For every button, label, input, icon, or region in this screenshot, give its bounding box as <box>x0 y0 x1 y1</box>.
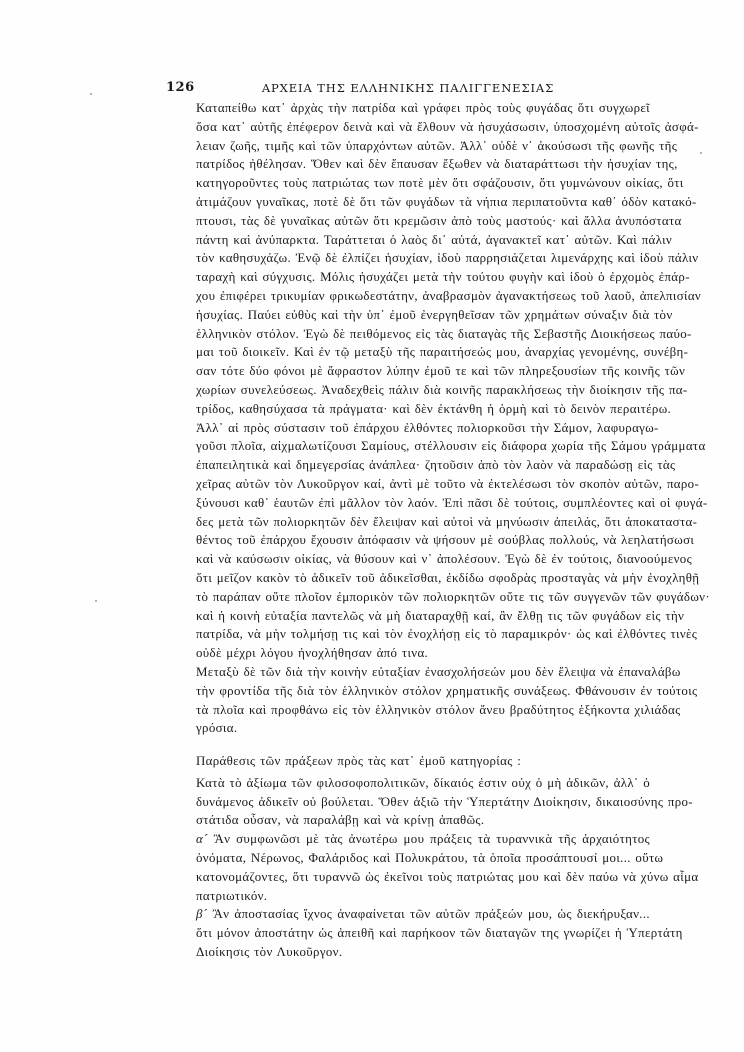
text-line: ὅτι μεῖζον κακὸν τὸ ἀδικεῖν τοῦ ἀδικεῖσθ… <box>166 569 650 588</box>
text-line: χεῖρας αὐτῶν τὸν Λυκοῦργον καί, ἀντὶ μὲ … <box>166 475 650 494</box>
enumerated-paragraph-b: β´ Ἂν ἀποστασίας ἴχνος ἀναφαίνεται τῶν α… <box>166 905 650 961</box>
text-line: ἑλληνικὸν στόλον. Ἐγὼ δὲ πειθόμενος εἰς … <box>166 325 650 344</box>
text-line: πατρίδα, νὰ μὴν τολμήσῃ τις καὶ τὸν ἐνοχ… <box>166 625 650 644</box>
text-line: καὶ νὰ καύσωσιν οἰκίας, νὰ θύσουν καὶ ν᾽… <box>166 550 650 569</box>
scan-speck <box>700 152 702 154</box>
text-line: α´ Ἂν συμφωνῶσι μὲ τὰς ἀνωτέρω μου πράξε… <box>166 830 650 849</box>
paragraph: Μεταξὺ δὲ τῶν διὰ τὴν κοινὴν εὐταξίαν ἐν… <box>166 663 650 738</box>
text-line: ταραχὴ καὶ σύγχυσις. Μόλις ἡσυχάζει μετὰ… <box>166 268 650 287</box>
text-line: δες μετὰ τῶν πολιορκητῶν δὲν ἔλειψαν καὶ… <box>166 513 650 532</box>
text-line: δυνάμενος ἀδικεῖν οὐ βούλεται. Ὅθεν ἀξιῶ… <box>166 793 650 812</box>
text-line: ξύνουσι καθ᾽ ἑαυτῶν ἐπὶ μᾶλλον τὸν λαόν.… <box>166 494 650 513</box>
text-line: ἀτιμάζουν γυναῖκας, ποτὲ δὲ ὅτι τῶν φυγά… <box>166 193 650 212</box>
text-line: χου ἐπιφέρει τρικυμίαν φρικωδεστάτην, ἀν… <box>166 287 650 306</box>
text-line: τρίδος, καθησύχασα τὰ πράγματα· καὶ δὲν … <box>166 400 650 419</box>
text-line: τὰ πλοῖα καὶ προφθάνω εἰς τὸν ἑλληνικὸν … <box>166 701 650 720</box>
text-line: γοῦσι πλοῖα, αἰχμαλωτίζουσι Σαμίους, στέ… <box>166 437 650 456</box>
text-fragment: Ἂν συμφωνῶσι μὲ τὰς ἀνωτέρω μου πράξεις … <box>214 832 650 846</box>
text-line: οὐδὲ μέχρι λόγου ἠνοχλήθησαν ἀπό τινα. <box>166 644 650 663</box>
section-heading-text: Παράθεσις τῶν πράξεων πρὸς τὰς κατ᾽ ἐμοῦ… <box>166 752 650 771</box>
text-line: Διοίκησις τὸν Λυκοῦργον. <box>166 943 650 962</box>
text-line: κατηγοροῦντες τοὺς πατριώτας των ποτὲ μὲ… <box>166 174 650 193</box>
text-fragment: Ἂν ἀποστασίας ἴχνος ἀναφαίνεται τῶν αὐτῶ… <box>213 907 650 921</box>
paragraph: Ἀλλ᾽ αἱ πρὸς σύστασιν τοῦ ἐπάρχου ἐλθόντ… <box>166 419 650 663</box>
text-line: ὀνόματα, Νέρωνος, Φαλάριδος καὶ Πολυκράτ… <box>166 849 650 868</box>
text-line: στάτιδα οὖσαν, νὰ παραλάβῃ καὶ νὰ κρίνῃ … <box>166 811 650 830</box>
paragraph: Καταπείθω κατ᾽ ἀρχὰς τὴν πατρίδα καὶ γρά… <box>166 99 650 419</box>
text-line: πτουσι, τὰς δὲ γυναῖκας αὐτῶν ὅτι κρεμῶσ… <box>166 212 650 231</box>
text-line: τὸν καθησυχάζω. Ἐνῷ δὲ ἐλπίζει ἡσυχίαν, … <box>166 249 650 268</box>
enumerated-paragraph-a: α´ Ἂν συμφωνῶσι μὲ τὰς ἀνωτέρω μου πράξε… <box>166 830 650 905</box>
paragraph: Κατὰ τὸ ἀξίωμα τῶν φιλοσοφοπολιτικῶν, δί… <box>166 774 650 830</box>
text-line: ἐπαπειλητικὰ καὶ δημεγερσίας ἀνάπλεα· ζη… <box>166 456 650 475</box>
text-line: ὅτι μόνον ἀποστάτην ὡς ἀπειθῆ καὶ παρήκο… <box>166 924 650 943</box>
text-line: χωρίων συνελεύσεως. Ἀναδεχθεὶς πάλιν διὰ… <box>166 381 650 400</box>
scan-speck <box>95 600 97 602</box>
section-heading: Παράθεσις τῶν πράξεων πρὸς τὰς κατ᾽ ἐμοῦ… <box>166 752 650 771</box>
text-line: Ἀλλ᾽ αἱ πρὸς σύστασιν τοῦ ἐπάρχου ἐλθόντ… <box>166 419 650 438</box>
text-line: τὸ παράπαν οὔτε πλοῖον ἐμπορικὸν τῶν πολ… <box>166 588 650 607</box>
item-label: α´ <box>196 832 208 846</box>
text-line: πατριωτικόν. <box>166 887 650 906</box>
scan-speck <box>430 878 432 880</box>
scanned-page: 126 ΑΡΧΕΙΑ ΤΗΣ ΕΛΛΗΝΙΚΗΣ ΠΑΛΙΓΓΕΝΕΣΙΑΣ Κ… <box>0 0 744 1052</box>
text-line: Καταπείθω κατ᾽ ἀρχὰς τὴν πατρίδα καὶ γρά… <box>166 99 650 118</box>
running-title: ΑΡΧΕΙΑ ΤΗΣ ΕΛΛΗΝΙΚΗΣ ΠΑΛΙΓΓΕΝΕΣΙΑΣ <box>166 81 650 95</box>
text-line: γρόσια. <box>166 719 650 738</box>
text-line: μαι τοῦ διοικεῖν. Καὶ ἐν τῷ μεταξὺ τῆς π… <box>166 343 650 362</box>
text-line: λειαν ζωῆς, τιμῆς καὶ τῶν ὑπαρχόντων αὐτ… <box>166 137 650 156</box>
text-line: ἡσυχίας. Παύει εὐθὺς καὶ τὴν ὑπ᾽ ἐμοῦ ἐν… <box>166 306 650 325</box>
text-line: καὶ ἡ κοινὴ εὐταξία παντελῶς νὰ μὴ διατα… <box>166 607 650 626</box>
text-line: Μεταξὺ δὲ τῶν διὰ τὴν κοινὴν εὐταξίαν ἐν… <box>166 663 650 682</box>
text-line: πάντη καὶ ἀνύπαρκτα. Ταράττεται ὁ λαὸς δ… <box>166 231 650 250</box>
text-line: πατρίδος ἠθέλησαν. Ὅθεν καὶ δὲν ἔπαυσαν … <box>166 155 650 174</box>
text-line: ὅσα κατ᾽ αὐτῆς ἐπέφερον δεινὰ καὶ νὰ ἔλθ… <box>166 118 650 137</box>
text-line: τὴν φροντίδα τῆς διὰ τὸν ἑλληνικὸν στόλο… <box>166 682 650 701</box>
page-body: Καταπείθω κατ᾽ ἀρχὰς τὴν πατρίδα καὶ γρά… <box>166 99 650 962</box>
text-line: κατονομάζοντες, ὅτι τυραννῶ ὡς ἐκεῖνοι τ… <box>166 868 650 887</box>
text-line: Κατὰ τὸ ἀξίωμα τῶν φιλοσοφοπολιτικῶν, δί… <box>166 774 650 793</box>
item-label: β´ <box>196 907 207 921</box>
text-line: σαν τότε δύο φόνοι μὲ ἄφραστον λύπην ἐμο… <box>166 362 650 381</box>
text-line: θέντος τοῦ ἐπάρχου ἔχουσιν ἀπόφασιν νὰ ψ… <box>166 531 650 550</box>
scan-speck <box>90 93 92 95</box>
text-line: β´ Ἂν ἀποστασίας ἴχνος ἀναφαίνεται τῶν α… <box>166 905 650 924</box>
page-header: 126 ΑΡΧΕΙΑ ΤΗΣ ΕΛΛΗΝΙΚΗΣ ΠΑΛΙΓΓΕΝΕΣΙΑΣ <box>166 80 650 98</box>
